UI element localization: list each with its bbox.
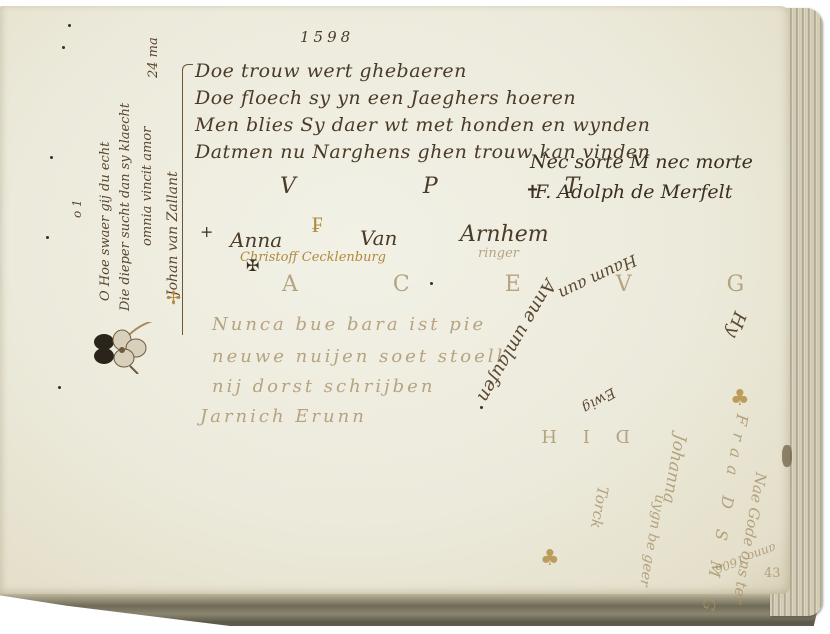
margin-line-2: Die dieper sucht dan sy klaecht xyxy=(118,103,133,311)
inverted-torck: Torck xyxy=(587,485,612,530)
emblem-icon: ♣ xyxy=(730,386,750,411)
margin-number: o 1 xyxy=(70,199,84,218)
cross-icon: + xyxy=(200,222,213,241)
emblem-icon: ♣ xyxy=(540,546,560,571)
ink-speck xyxy=(50,156,53,159)
poem-line-1: Doe trouw wert ghebaeren xyxy=(195,60,467,82)
ink-speck xyxy=(68,24,71,27)
page-number: 43 xyxy=(764,566,781,581)
inverted-uygn: uygn be geer xyxy=(636,493,668,588)
faded-line-4: Jarnich Erunn xyxy=(200,406,367,427)
margin-line-5: 24 ma xyxy=(146,37,161,78)
inverted-ewig: Ewig xyxy=(579,384,618,416)
inverted-initials: Hy xyxy=(721,309,750,340)
faded-line-2: neuwe nuijen soet stoell xyxy=(212,346,505,367)
ink-speck xyxy=(46,236,49,239)
faded-line-3: nij dorst schrijben xyxy=(212,376,435,397)
book: 1598 Doe trouw wert ghebaeren Doe floech… xyxy=(0,0,830,634)
signature-arnhem: Arnhem xyxy=(460,222,549,247)
ink-speck xyxy=(62,46,65,49)
ink-speck xyxy=(58,386,61,389)
album-page: 1598 Doe trouw wert ghebaeren Doe floech… xyxy=(0,6,790,594)
poem-line-2: Doe floech sy yn een Jaeghers hoeren xyxy=(195,87,576,109)
margin-line-3: omnia vincit amor xyxy=(140,127,155,246)
inverted-dih: D I H xyxy=(531,425,630,446)
cross-icon: ✠ xyxy=(246,256,259,275)
signature-christoff: Christoff Cecklenburg xyxy=(240,250,386,265)
margin-line-4: Johan van Zallant xyxy=(165,171,181,296)
poem-bracket xyxy=(182,64,193,335)
faded-line-1: Nunca bue bara ist pie xyxy=(212,314,486,335)
signature-anna: Anna xyxy=(230,228,282,252)
signature-van: Van xyxy=(360,226,397,250)
margin-line-1: O Hoe swaer gij du echt xyxy=(98,142,113,301)
pansy-flower-icon xyxy=(92,322,152,374)
motto-signature: F. Adolph de Merfelt xyxy=(535,181,732,203)
motto: Nec sorte M nec morte xyxy=(530,151,753,173)
cross-icon: ✝ xyxy=(525,182,540,203)
poem-line-3: Men blies Sy daer wt met honden en wynde… xyxy=(195,114,650,136)
ink-stain xyxy=(782,445,792,467)
ink-speck xyxy=(480,406,483,409)
signature-faint-suffix: ringer xyxy=(478,246,519,261)
year: 1598 xyxy=(300,28,354,46)
gold-cross-icon: ✢ xyxy=(166,288,181,309)
monogram-icon: ₣ xyxy=(312,212,323,238)
